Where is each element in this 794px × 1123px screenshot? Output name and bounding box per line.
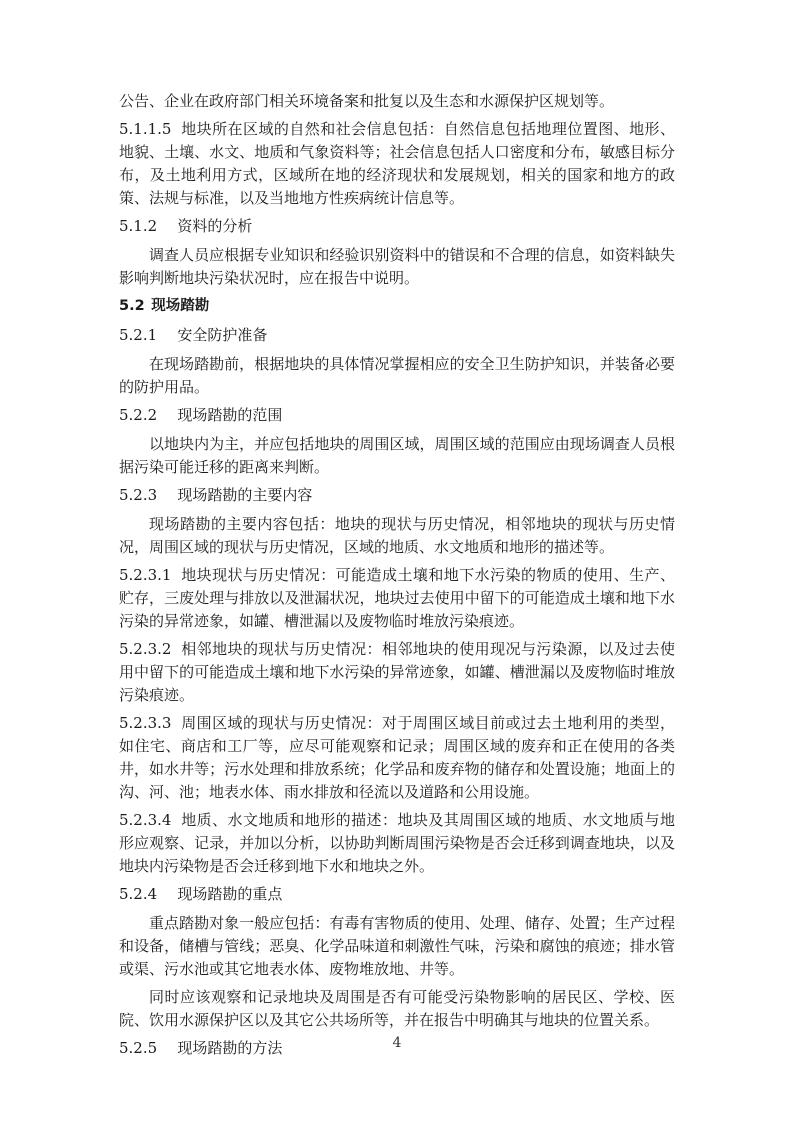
clause-number: 5.2.3.1 xyxy=(119,566,171,584)
heading-text: 资料的分析 xyxy=(177,217,252,235)
paragraph-text: 同时应该观察和记录地块及周围是否有可能受污染物影响的居民区、学校、医院、饮用水源… xyxy=(119,988,675,1029)
clause-number: 5.2.3.4 xyxy=(119,811,171,829)
paragraph-text: 现场踏勘的主要内容包括：地块的现状与历史情况，相邻地块的现状与历史情况，周围区域… xyxy=(119,515,675,556)
paragraph-body: 在现场踏勘前，根据地块的具体情况掌握相应的安全卫生防护知识，并装备必要的防护用品… xyxy=(119,353,675,399)
clause-text: 地块所在区域的自然和社会信息包括：自然信息包括地理位置图、地形、地貌、土壤、水文… xyxy=(119,120,675,207)
section-heading-5-1-2: 5.1.2资料的分析 xyxy=(119,215,675,238)
paragraph-body: 调查人员应根据专业知识和经验识别资料中的错误和不合理的信息，如资料缺失影响判断地… xyxy=(119,244,675,290)
heading-text: 现场踏勘的主要内容 xyxy=(177,486,312,504)
heading-number: 5.2 xyxy=(119,298,145,314)
section-heading-5-2-4: 5.2.4现场踏勘的重点 xyxy=(119,883,675,906)
heading-number: 5.2.3 xyxy=(119,486,157,504)
heading-text: 安全防护准备 xyxy=(177,326,267,344)
document-page: 公告、企业在政府部门相关环境备案和批复以及生态和水源保护区规划等。 5.1.1.… xyxy=(0,0,794,1123)
heading-text: 现场踏勘的范围 xyxy=(177,406,282,424)
paragraph-text: 公告、企业在政府部门相关环境备案和批复以及生态和水源保护区规划等。 xyxy=(119,92,614,110)
section-heading-5-2-3: 5.2.3现场踏勘的主要内容 xyxy=(119,484,675,507)
clause-text: 地块现状与历史情况：可能造成土壤和地下水污染的物质的使用、生产、贮存，三废处理与… xyxy=(119,566,675,630)
clause-number: 5.1.1.5 xyxy=(119,120,171,138)
paragraph-body: 现场踏勘的主要内容包括：地块的现状与历史情况，相邻地块的现状与历史情况，周围区域… xyxy=(119,513,675,559)
paragraph-text: 重点踏勘对象一般应包括：有毒有害物质的使用、处理、储存、处置；生产过程和设备，储… xyxy=(119,914,675,978)
paragraph-text: 在现场踏勘前，根据地块的具体情况掌握相应的安全卫生防护知识，并装备必要的防护用品… xyxy=(119,355,675,396)
clause-text: 周围区域的现状与历史情况：对于周围区域目前或过去土地利用的类型，如住宅、商店和工… xyxy=(119,714,675,801)
heading-number: 5.2.1 xyxy=(119,326,157,344)
paragraph-text: 以地块内为主，并应包括地块的周围区域，周围区域的范围应由现场调查人员根据污染可能… xyxy=(119,435,675,476)
heading-number: 5.1.2 xyxy=(119,217,157,235)
paragraph-body: 以地块内为主，并应包括地块的周围区域，周围区域的范围应由现场调查人员根据污染可能… xyxy=(119,433,675,479)
section-heading-5-2-1: 5.2.1安全防护准备 xyxy=(119,324,675,347)
section-heading-5-2-2: 5.2.2现场踏勘的范围 xyxy=(119,404,675,427)
paragraph-text: 调查人员应根据专业知识和经验识别资料中的错误和不合理的信息，如资料缺失影响判断地… xyxy=(119,246,675,287)
clause-number: 5.2.3.3 xyxy=(119,714,171,732)
clause-text: 相邻地块的现状与历史情况：相邻地块的使用现况与污染源，以及过去使用中留下的可能造… xyxy=(119,640,675,704)
clause-5-1-1-5: 5.1.1.5地块所在区域的自然和社会信息包括：自然信息包括地理位置图、地形、地… xyxy=(119,118,675,210)
clause-5-2-3-1: 5.2.3.1地块现状与历史情况：可能造成土壤和地下水污染的物质的使用、生产、贮… xyxy=(119,564,675,633)
clause-number: 5.2.3.2 xyxy=(119,640,171,658)
clause-text: 地质、水文地质和地形的描述：地块及其周围区域的地质、水文地质与地形应观察、记录，… xyxy=(119,811,675,875)
heading-number: 5.2.4 xyxy=(119,885,157,903)
paragraph-continuation: 公告、企业在政府部门相关环境备案和批复以及生态和水源保护区规划等。 xyxy=(119,90,675,113)
heading-text: 现场踏勘的重点 xyxy=(177,885,282,903)
paragraph-body: 重点踏勘对象一般应包括：有毒有害物质的使用、处理、储存、处置；生产过程和设备，储… xyxy=(119,912,675,981)
clause-5-2-3-3: 5.2.3.3周围区域的现状与历史情况：对于周围区域目前或过去土地利用的类型，如… xyxy=(119,712,675,804)
section-heading-5-2: 5.2现场踏勘 xyxy=(119,295,675,318)
clause-5-2-3-2: 5.2.3.2相邻地块的现状与历史情况：相邻地块的使用现况与污染源，以及过去使用… xyxy=(119,638,675,707)
heading-number: 5.2.2 xyxy=(119,406,157,424)
page-number: 4 xyxy=(0,1035,794,1051)
heading-text: 现场踏勘 xyxy=(151,298,209,314)
paragraph-body: 同时应该观察和记录地块及周围是否有可能受污染物影响的居民区、学校、医院、饮用水源… xyxy=(119,986,675,1032)
clause-5-2-3-4: 5.2.3.4地质、水文地质和地形的描述：地块及其周围区域的地质、水文地质与地形… xyxy=(119,809,675,878)
document-content: 公告、企业在政府部门相关环境备案和批复以及生态和水源保护区规划等。 5.1.1.… xyxy=(119,90,675,1066)
